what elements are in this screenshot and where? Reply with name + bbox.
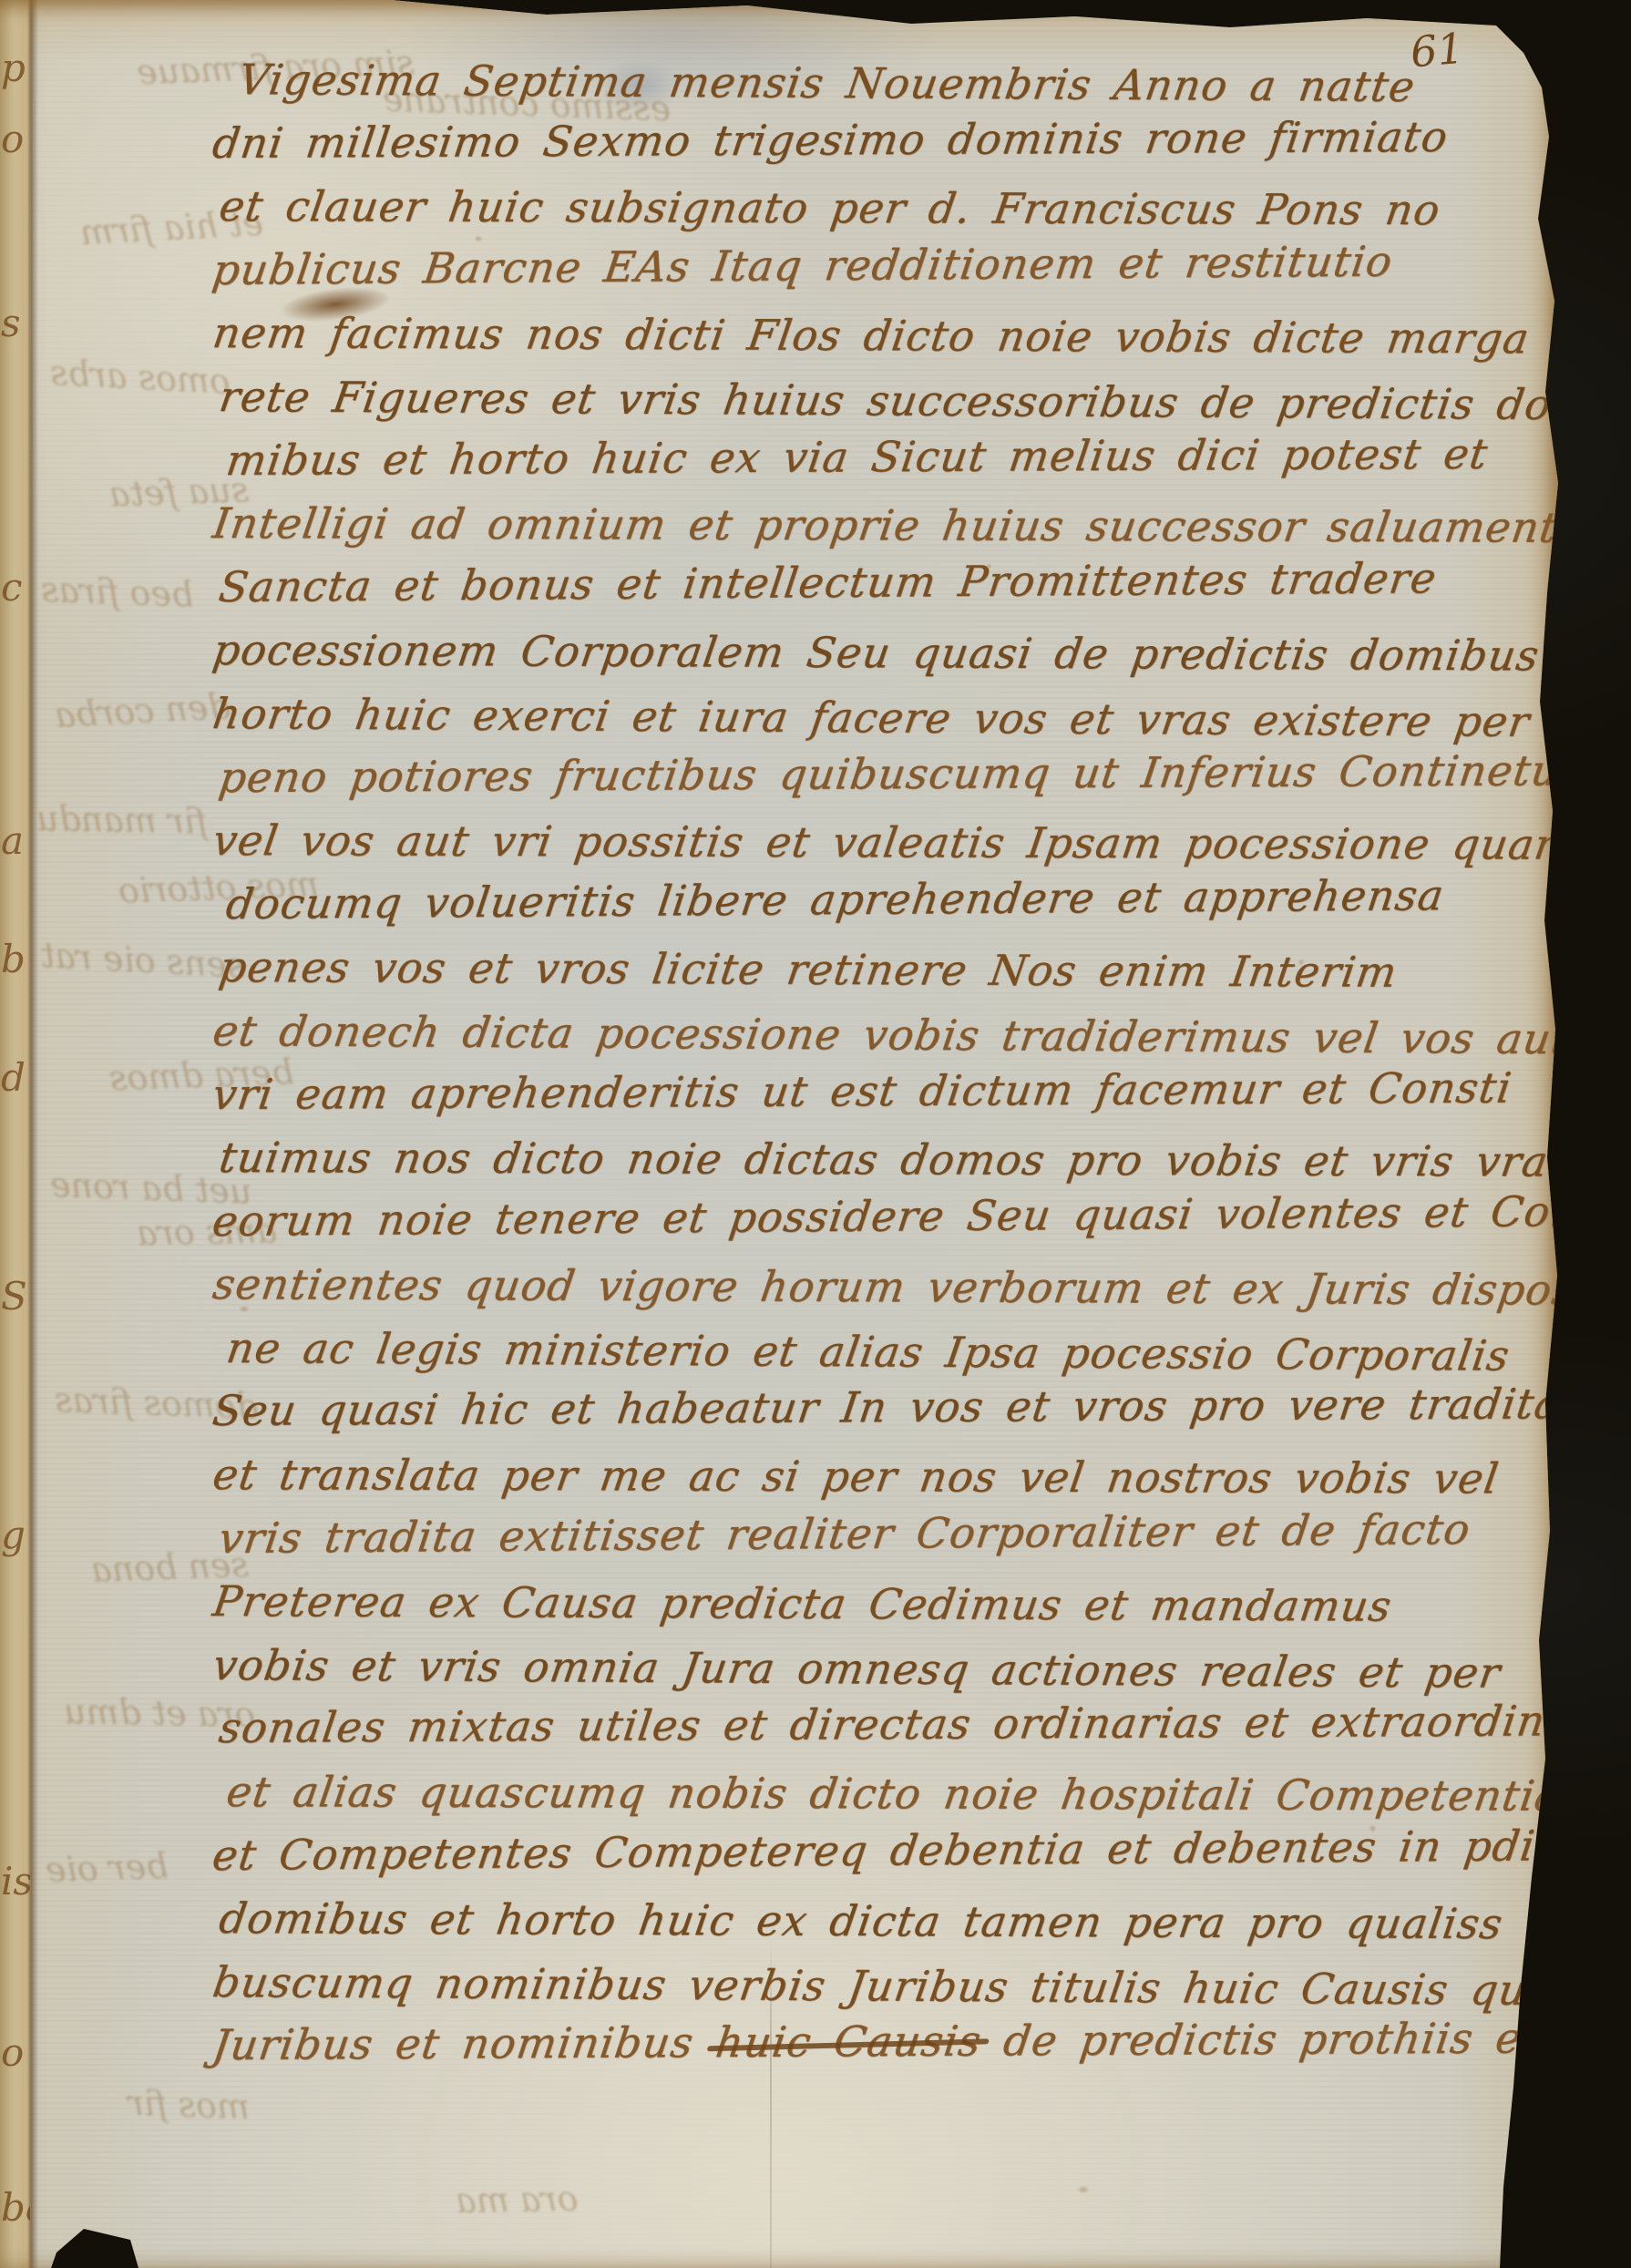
manuscript-line: Juribus et nominibus huic Causis de pred… [208, 2014, 1547, 2084]
adjacent-folio-ink-fragment: is [1, 1859, 30, 1904]
foxing-spot [1298, 959, 1305, 966]
adjacent-folio-ink-fragment: a [1, 818, 30, 863]
foxing-spot [474, 235, 483, 242]
show-through-mark: ora ma [456, 2179, 579, 2221]
manuscript-line: pocessionem Corporalem Seu quasi de pred… [208, 625, 1546, 694]
manuscript-line: sentientes quod vigore horum verborum et… [208, 1259, 1546, 1329]
adjacent-folio-ink-fragment: s [1, 301, 30, 345]
manuscript-line: publicus Barcne EAs Itaq redditionem et … [208, 235, 1548, 308]
manuscript-line: et Competentes Competereq debentia et de… [208, 1821, 1548, 1893]
show-through-mark: beo firas [40, 570, 194, 615]
foxing-spot [1077, 2185, 1090, 2194]
show-through-mark: fir mandu [36, 798, 208, 841]
manuscript-line: sonales mixtas utiles et directas ordina… [214, 1697, 1547, 1767]
adjacent-folio-ink-fragment: g [1, 1513, 30, 1557]
paper-crease [770, 1941, 772, 2268]
adjacent-folio-ink-fragment: c [1, 565, 30, 610]
foxing-spot [239, 1305, 250, 1313]
manuscript-page: sim ora firmaueessimo contraneet hia fir… [0, 0, 1560, 2268]
manuscript-photo: { "page": { "number": "61", "background_… [0, 0, 1631, 2268]
manuscript-line: vri eam aprehenderitis ut est dictum fac… [208, 1062, 1547, 1133]
manuscript-line: vris tradita extitisset realiter Corpora… [214, 1503, 1548, 1576]
show-through-mark: omos arbs [49, 353, 231, 402]
manuscript-line: penes vos et vros licite retinere Nos en… [214, 942, 1546, 1011]
adjacent-folio-ink-fragment: d [1, 1055, 30, 1100]
manuscript-line: documq volueritis libere aprehendere et … [221, 869, 1548, 942]
foxing-spot [986, 563, 992, 570]
manuscript-line: dni millesimo Sexmo trigesimo dominis ro… [208, 111, 1547, 181]
manuscript-text: Vigesima Septima mensis Nouembris Anno a… [208, 55, 1538, 2084]
manuscript-line: Seu quasi hic et habeatur In vos et vros… [208, 1380, 1547, 1450]
adjacent-folio-ink-fragment: S [1, 1274, 30, 1319]
foxing-spot [1369, 1824, 1377, 1832]
show-through-mark: mos fir [127, 2083, 250, 2128]
show-through-mark: den corba [54, 686, 231, 735]
show-through-mark: ber oie [45, 1846, 169, 1891]
manuscript-line: domibus et horto huic ex dicta tamen per… [214, 1893, 1546, 1963]
manuscript-line: Sancta et bonus et intellectum Promitten… [214, 552, 1548, 625]
manuscript-line: nem facimus nos dicti Flos dicto noie vo… [208, 308, 1546, 377]
adjacent-folio-ink-fragment: b [1, 937, 30, 981]
adjacent-folio-ink-fragment: o [1, 2030, 30, 2075]
adjacent-folio-ink-fragment: o [1, 117, 30, 161]
struck-out-text: huic Causis [713, 2017, 984, 2068]
manuscript-line: peno potiores fructibus quibuscumq ut In… [214, 745, 1547, 816]
manuscript-line: Preterea ex Causa predicta Cedimus et ma… [208, 1576, 1546, 1646]
adjacent-folio-edge: poscabdSgisoba [0, 0, 30, 2268]
manuscript-line: eorum noie tenere et possidere Seu quasi… [208, 1186, 1548, 1259]
adjacent-folio-ink-fragment: ba [1, 2185, 30, 2230]
manuscript-line: mibus et horto huic ex via Sicut melius … [221, 428, 1547, 498]
adjacent-folio-ink-fragment: p [1, 46, 30, 90]
binding-gutter [27, 0, 38, 2268]
